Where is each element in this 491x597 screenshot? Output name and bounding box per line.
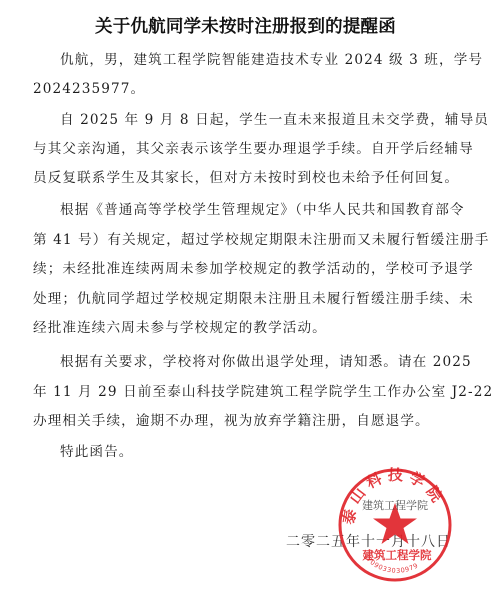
text-line: 2024235977。 [33, 77, 443, 97]
text-line: 员反复联系学生及其家长，但对方未按时到校也未给予任何回复。 [33, 166, 443, 186]
text-line: 根据有关要求，学校将对你做出退学处理，请知悉。请在 2025 [60, 350, 443, 370]
official-seal: 泰山科技学院 建筑工程学院 建筑工程学院 3709033030979 [337, 467, 453, 583]
text-line: 与其父亲沟通，其父亲表示该学生要办理退学手续。自开学后经辅导 [33, 137, 443, 157]
text-line: 处理；仇航同学超过学校规定期限未注册且未履行暂缓注册手续、未 [33, 287, 443, 307]
text-line: 根据《普通高等学校学生管理规定》（中华人民共和国教育部令 [60, 198, 443, 218]
svg-text:建筑工程学院: 建筑工程学院 [362, 498, 428, 512]
text-line: 经批准连续六周未参与学校规定的教学活动。 [33, 316, 443, 336]
text-line: 办理相关手续，逾期不办理，视为放弃学籍注册，自愿退学。 [33, 409, 443, 429]
text-line: 第 41 号）有关规定，超过学校规定期限未注册而又未履行暂缓注册手 [33, 228, 443, 248]
text-line: 续；未经批准连续两周未参加学校规定的教学活动的，学校可予退学 [33, 257, 443, 277]
seal-icon: 泰山科技学院 建筑工程学院 建筑工程学院 3709033030979 [337, 467, 453, 583]
text-line: 仇航，男，建筑工程学院智能建造技术专业 2024 级 3 班，学号 [60, 48, 443, 68]
text-line: 自 2025 年 9 月 8 日起，学生一直未来报道且未交学费，辅导员 [60, 108, 443, 128]
document-title: 关于仇航同学未按时注册报到的提醒函 [0, 13, 491, 38]
text-line: 年 11 月 29 日前至泰山科技学院建筑工程学院学生工作办公室 J2-228 [33, 380, 443, 400]
text-line: 特此函告。 [60, 440, 470, 460]
